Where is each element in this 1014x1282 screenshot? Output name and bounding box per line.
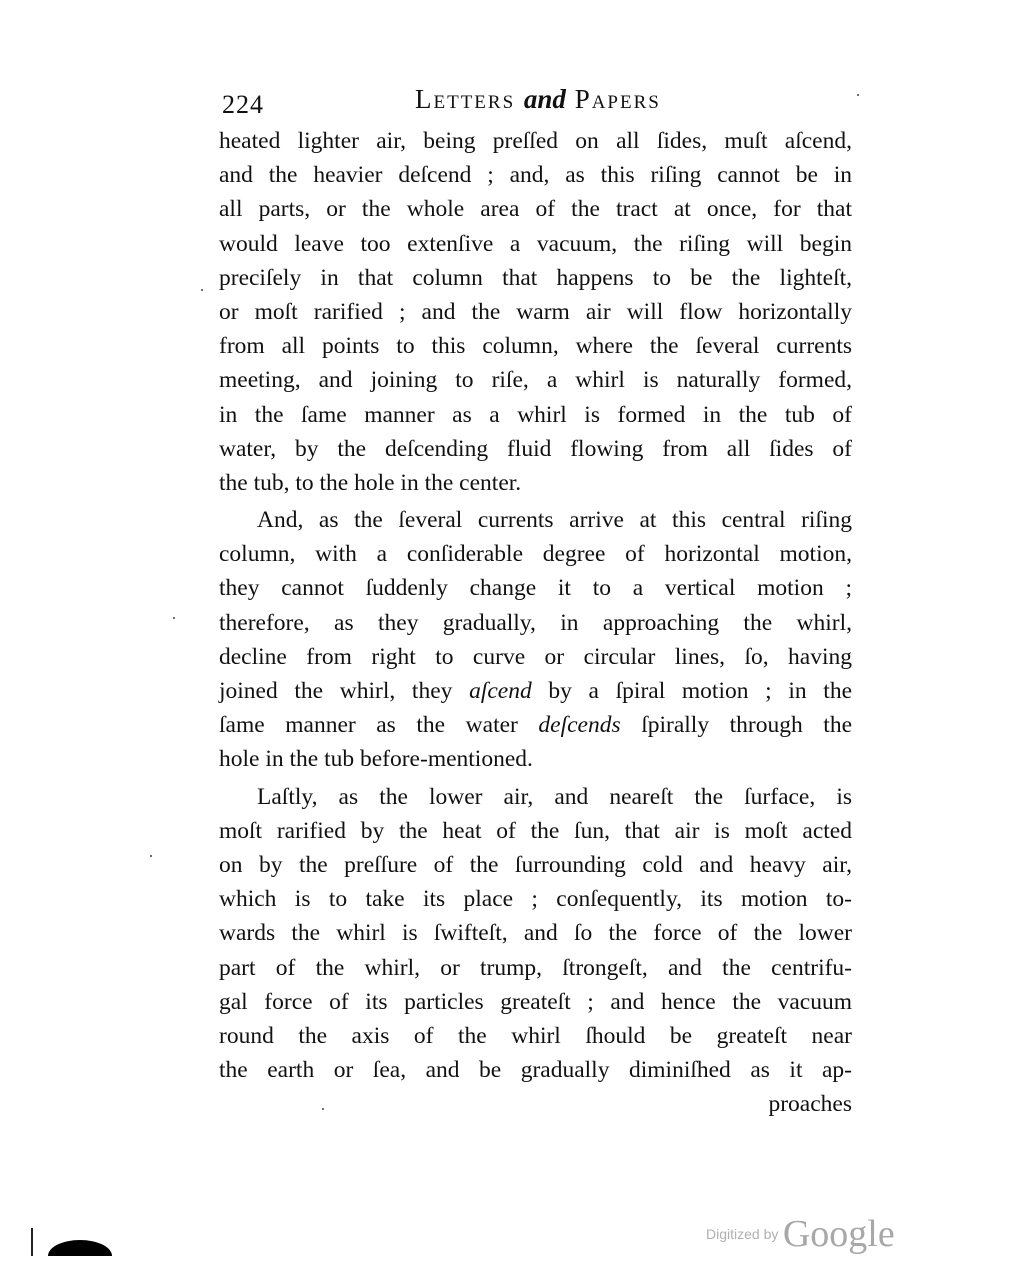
scan-speck	[150, 855, 152, 857]
text-run: ſame manner as the water	[219, 712, 538, 738]
paragraph-1: heated lighter air, being preſſed on all…	[219, 124, 852, 500]
scan-speck	[322, 1108, 324, 1110]
running-head: Letters and Papers	[415, 84, 661, 115]
body-text: heated lighter air, being preſſed on all…	[219, 124, 852, 1121]
text-run: ſpirally through the	[621, 712, 852, 738]
text-line: the tub, to the hole in the center.	[219, 466, 852, 500]
text-run: by a ſpiral motion ; in the	[532, 678, 852, 704]
text-line: all parts, or the whole area of the trac…	[219, 192, 852, 226]
paragraph-2: And, as the ſeveral currents arrive at t…	[219, 503, 852, 777]
text-run: joined the whirl, they	[219, 678, 469, 704]
digitized-watermark: Digitized by Google	[706, 1212, 895, 1256]
text-line: gal force of its particles greateſt ; an…	[219, 985, 852, 1019]
page-number: 224	[222, 90, 264, 120]
text-line: meeting, and joining to riſe, a whirl is…	[219, 363, 852, 397]
text-line: part of the whirl, or trump, ſtrongeſt, …	[219, 951, 852, 985]
text-line: moſt rarified by the heat of the ſun, th…	[219, 814, 852, 848]
catchword: proaches	[219, 1087, 852, 1121]
text-line: in the ſame manner as a whirl is formed …	[219, 398, 852, 432]
text-line: or moſt rarified ; and the warm air will…	[219, 295, 852, 329]
text-line: hole in the tub before-mentioned.	[219, 742, 852, 776]
running-head-papers: Papers	[575, 84, 661, 114]
scan-speck	[857, 94, 859, 96]
running-head-and: and	[524, 84, 566, 114]
scan-speck	[173, 617, 175, 619]
text-line: and the heavier deſcend ; and, as this r…	[219, 158, 852, 192]
page-header: 224 Letters and Papers	[220, 84, 860, 124]
watermark-prefix: Digitized by	[706, 1226, 778, 1242]
text-line: wards the whirl is ſwifteſt, and ſo the …	[219, 916, 852, 950]
text-line: ſame manner as the water deſcends ſpiral…	[219, 708, 852, 742]
italic-word-ascend: aſcend	[469, 678, 532, 704]
text-line: would leave too extenſive a vacuum, the …	[219, 227, 852, 261]
text-line: therefore, as they gradually, in approac…	[219, 606, 852, 640]
text-line: Laſtly, as the lower air, and neareſt th…	[219, 780, 852, 814]
text-line: they cannot ſuddenly change it to a vert…	[219, 571, 852, 605]
text-line: heated lighter air, being preſſed on all…	[219, 124, 852, 158]
text-line: which is to take its place ; conſequentl…	[219, 882, 852, 916]
text-line: the earth or ſea, and be gradually dimin…	[219, 1053, 852, 1087]
text-line: decline from right to curve or circular …	[219, 640, 852, 674]
text-line: preciſely in that column that happens to…	[219, 261, 852, 295]
italic-word-descends: deſcends	[538, 712, 620, 738]
text-line: on by the preſſure of the ſurrounding co…	[219, 848, 852, 882]
text-line: joined the whirl, they aſcend by a ſpira…	[219, 674, 852, 708]
text-line: round the axis of the whirl ſhould be gr…	[219, 1019, 852, 1053]
running-head-letters: Letters	[415, 84, 515, 114]
paragraph-3: Laſtly, as the lower air, and neareſt th…	[219, 780, 852, 1088]
text-line: And, as the ſeveral currents arrive at t…	[219, 503, 852, 537]
scan-edge-mark	[31, 1228, 33, 1256]
scan-thumb-shadow	[48, 1240, 112, 1256]
text-line: water, by the deſcending fluid flowing f…	[219, 432, 852, 466]
book-page: 224 Letters and Papers heated lighter ai…	[0, 0, 1014, 1282]
scan-speck	[201, 289, 203, 291]
text-line: column, with a conſiderable degree of ho…	[219, 537, 852, 571]
text-line: from all points to this column, where th…	[219, 329, 852, 363]
google-logo-text: Google	[783, 1213, 895, 1255]
